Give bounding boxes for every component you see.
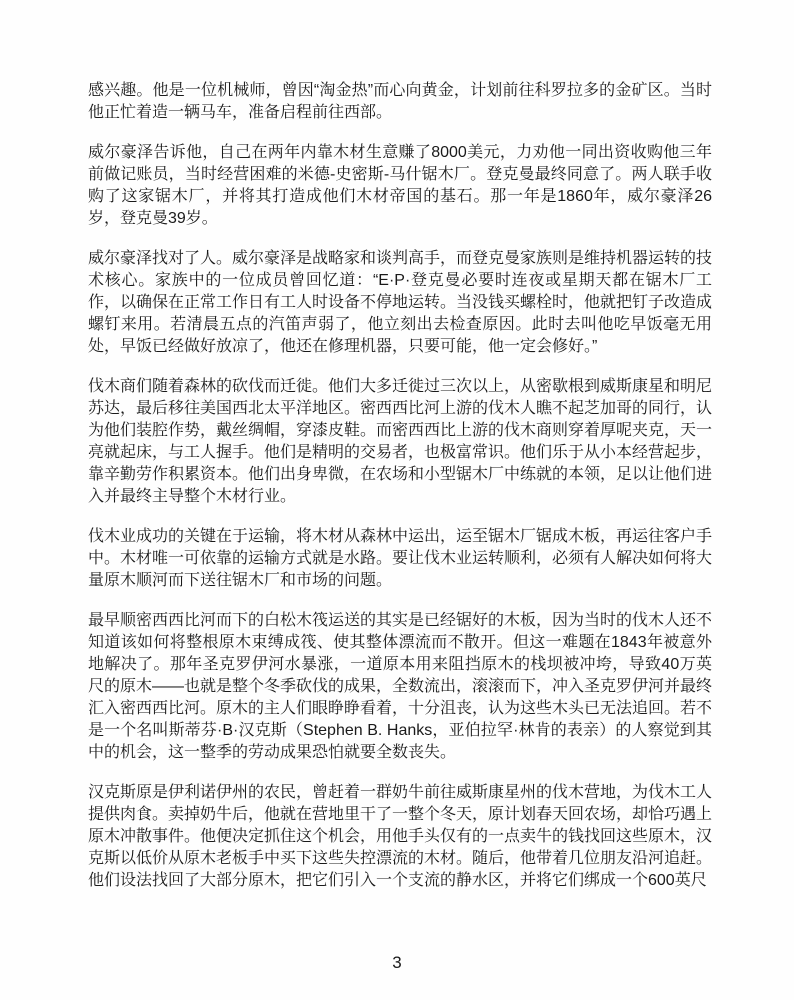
paragraph-3: 威尔豪泽找对了人。威尔豪泽是战略家和谈判高手，而登克曼家族则是维持机器运转的技术… — [88, 248, 712, 358]
paragraph-5: 伐木业成功的关键在于运输，将木材从森林中运出，运至锯木厂锯成木板，再运往客户手中… — [88, 526, 712, 592]
page-number: 3 — [0, 953, 794, 973]
paragraph-6: 最早顺密西西比河而下的白松木筏运送的其实是已经锯好的木板，因为当时的伐木人还不知… — [88, 610, 712, 764]
paragraph-4: 伐木商们随着森林的砍伐而迁徙。他们大多迁徙过三次以上，从密歇根到威斯康星和明尼苏… — [88, 376, 712, 508]
body-text: 感兴趣。他是一位机械师，曾因“淘金热”而心向黄金，计划前往科罗拉多的金矿区。当时… — [88, 80, 712, 892]
paragraph-1: 感兴趣。他是一位机械师，曾因“淘金热”而心向黄金，计划前往科罗拉多的金矿区。当时… — [88, 80, 712, 124]
paragraph-7: 汉克斯原是伊利诺伊州的农民，曾赶着一群奶牛前往威斯康星州的伐木营地，为伐木工人提… — [88, 782, 712, 892]
document-page: 感兴趣。他是一位机械师，曾因“淘金热”而心向黄金，计划前往科罗拉多的金矿区。当时… — [0, 0, 794, 1000]
paragraph-2: 威尔豪泽告诉他，自己在两年内靠木材生意赚了8000美元，力劝他一同出资收购他三年… — [88, 142, 712, 230]
